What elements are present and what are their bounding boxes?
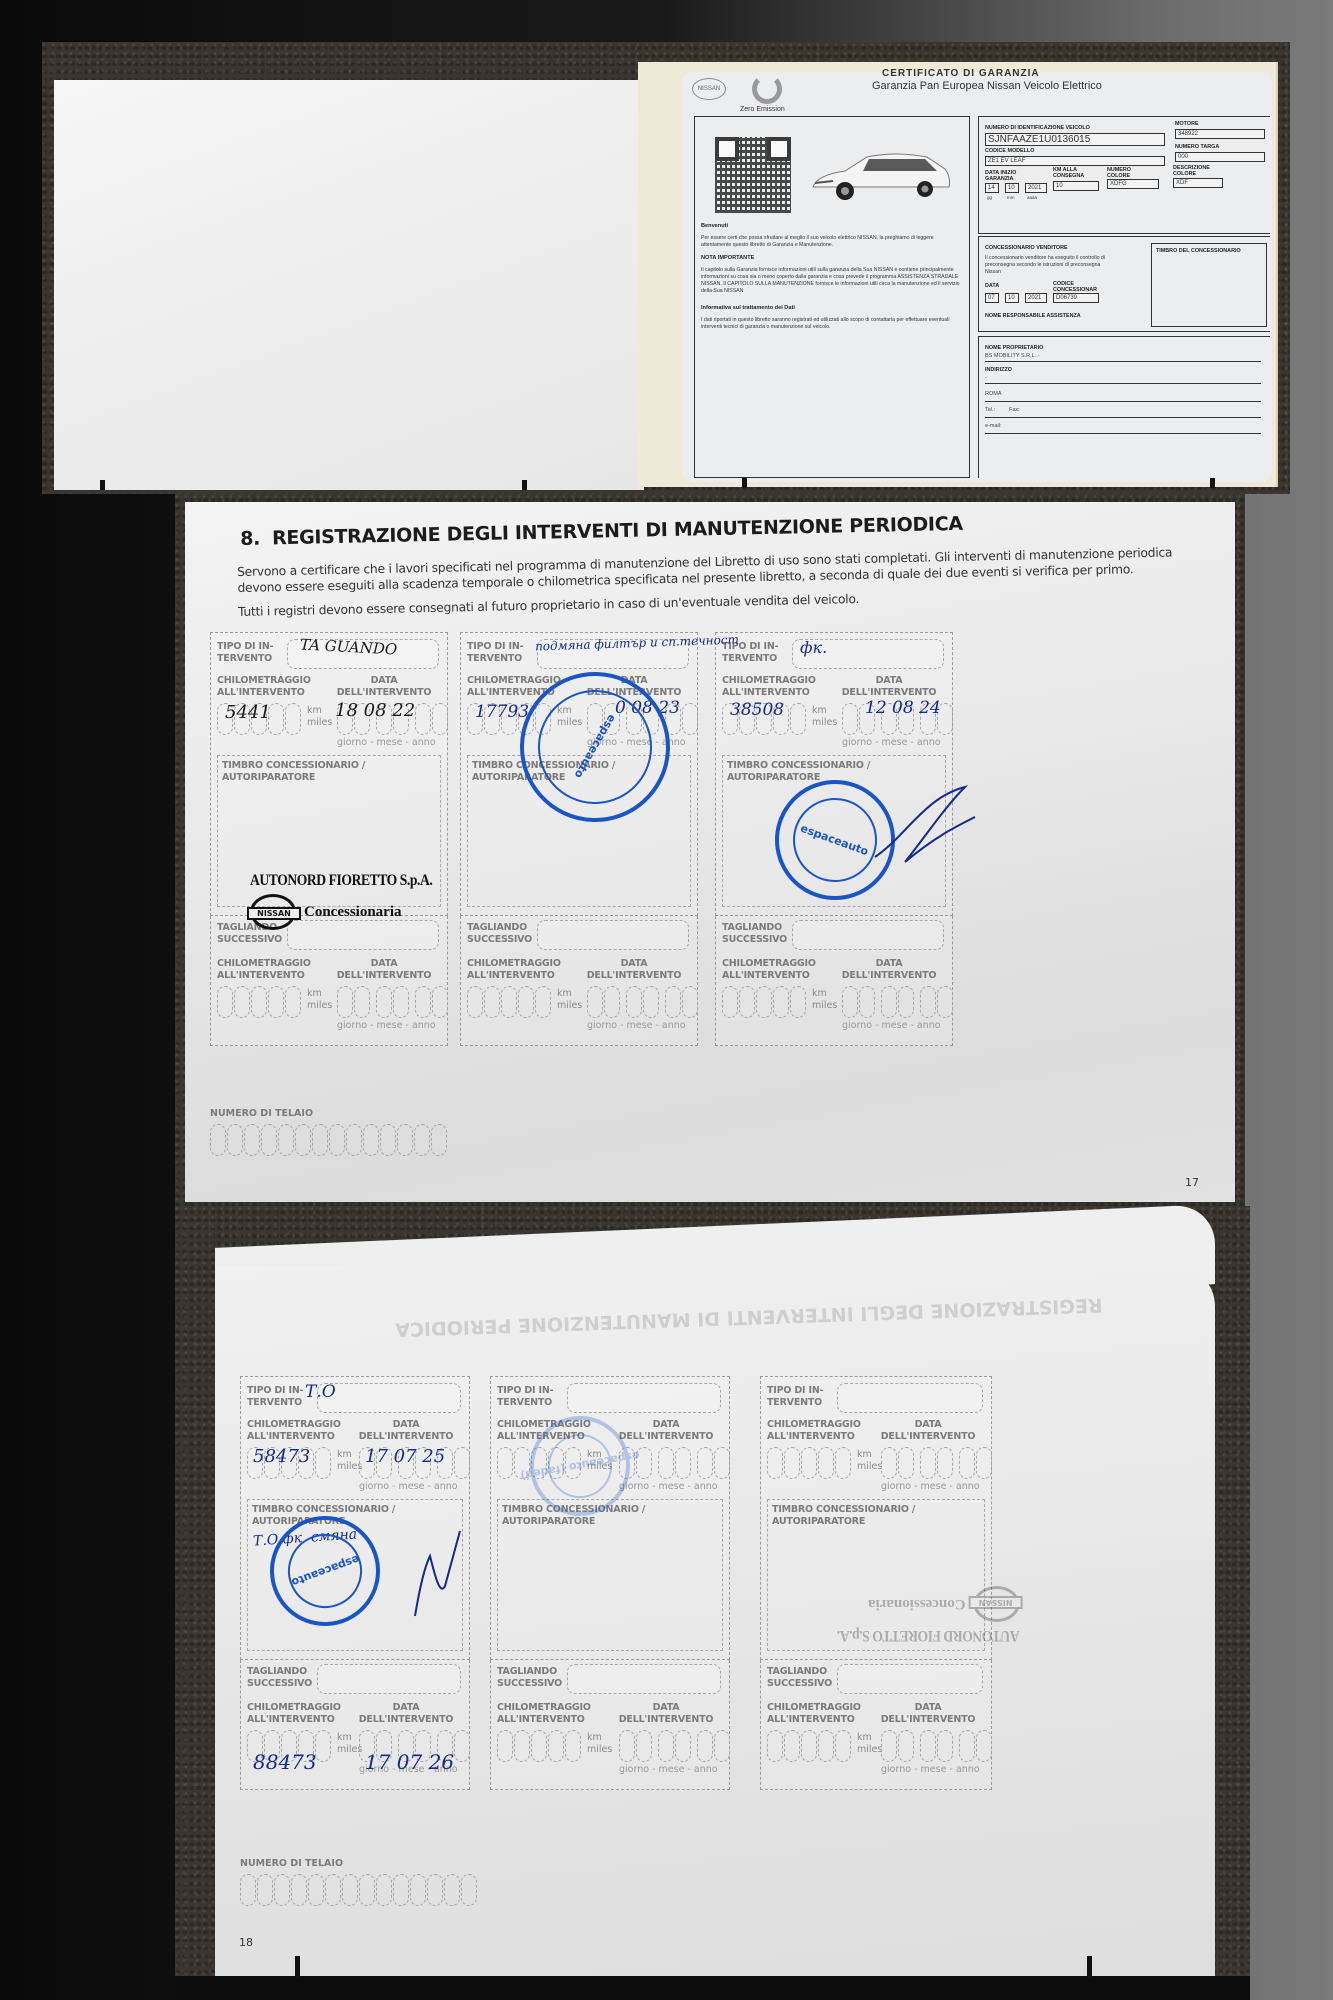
vehicle-info-panel: NUMERO DI IDENTIFICAZIONE VEICOLO SJNFAA… <box>978 116 1270 234</box>
digit-box[interactable] <box>756 986 772 1018</box>
digit-box[interactable] <box>842 703 858 735</box>
digit-box[interactable] <box>665 986 681 1018</box>
divider <box>985 361 1261 362</box>
digit-box[interactable] <box>415 986 431 1018</box>
type-label: TIPO DI IN- TERVENTO <box>497 1385 553 1409</box>
color-desc-label: DESCRIZIONE COLORE <box>1173 165 1223 177</box>
digit-box[interactable] <box>315 1447 331 1479</box>
address-value: - <box>985 375 987 381</box>
certificate-title: CERTIFICATO DI GARANZIA <box>882 68 1040 79</box>
handwritten-entry: 38508 <box>730 700 784 720</box>
date-label: DATA DELL'INTERVENTO <box>873 1419 983 1443</box>
unit-miles: miles <box>307 717 332 729</box>
digit-box[interactable] <box>325 1874 341 1906</box>
unit-km: km <box>557 988 572 1000</box>
digit-box[interactable] <box>835 1730 851 1762</box>
selling-dealer-panel: CONCESSIONARIO VENDITORE Il concessionar… <box>978 236 1270 332</box>
date-label: DATA DELL'INTERVENTO <box>351 1419 461 1443</box>
digit-box[interactable] <box>898 1447 914 1479</box>
dealer-code-label: CODICE CONCESSIONAR <box>1053 281 1107 293</box>
km-field[interactable] <box>467 986 551 1018</box>
fax-label: Fax: <box>1009 407 1020 413</box>
qr-code-icon <box>715 137 791 213</box>
digit-box[interactable] <box>675 1447 691 1479</box>
dealer-date-mm: 10 <box>1005 293 1019 303</box>
next-service-label: TAGLIANDO SUCCESSIVO <box>467 922 532 946</box>
digit-box[interactable] <box>767 1447 783 1479</box>
digit-box[interactable] <box>312 1124 328 1156</box>
date-label: DATA DELL'INTERVENTO <box>579 958 689 982</box>
digit-box[interactable] <box>835 1447 851 1479</box>
digit-box[interactable] <box>976 1730 992 1762</box>
nissan-logo-icon: NISSAN <box>250 894 296 930</box>
yyyy-sub: aaaa <box>1027 195 1037 200</box>
owner-panel: NOME PROPRIETARIO BS MOBILITY S.R.L. - I… <box>978 336 1270 478</box>
km-label: CHILOMETRAGGIO ALL'INTERVENTO <box>722 675 816 699</box>
km-field[interactable] <box>217 986 301 1018</box>
date-format-hint: giorno - mese - anno <box>881 1481 980 1492</box>
digit-box[interactable] <box>427 1874 443 1906</box>
digit-box[interactable] <box>959 1730 975 1762</box>
handwritten-entry: 12 08 24 <box>865 698 941 718</box>
digit-box[interactable] <box>898 1730 914 1762</box>
digit-box[interactable] <box>818 1447 834 1479</box>
digit-box[interactable] <box>739 986 755 1018</box>
chassis-number-label: NUMERO DI TELAIO <box>210 1108 313 1119</box>
stamp-text: espaceauto (faded) <box>519 1449 640 1483</box>
next-service-label: TAGLIANDO SUCCESSIVO <box>247 1666 312 1690</box>
digit-box[interactable] <box>234 986 250 1018</box>
digit-box[interactable] <box>518 986 534 1018</box>
date-format-hint: giorno - mese - anno <box>337 1020 436 1031</box>
divider <box>985 383 1261 384</box>
digit-box[interactable] <box>682 986 698 1018</box>
digit-box[interactable] <box>285 986 301 1018</box>
digit-box[interactable] <box>784 1447 800 1479</box>
digit-box[interactable] <box>431 1124 447 1156</box>
digit-box[interactable] <box>363 1124 379 1156</box>
page-tick <box>1210 478 1215 488</box>
date-label: DATA DELL'INTERVENTO <box>329 675 439 699</box>
date-field[interactable] <box>842 986 953 1018</box>
handwritten-entry: 88473 <box>253 1750 317 1774</box>
date-label: DATA DELL'INTERVENTO <box>873 1702 983 1726</box>
digit-box[interactable] <box>359 1874 375 1906</box>
km-field[interactable] <box>767 1447 851 1479</box>
date-field[interactable] <box>881 1730 992 1762</box>
chassis-number-field[interactable] <box>240 1874 477 1906</box>
dealer-stamp-name: AUTONORD FIORETTO S.p.A. <box>837 1626 1019 1644</box>
digit-box[interactable] <box>291 1874 307 1906</box>
digit-box[interactable] <box>784 1730 800 1762</box>
digit-box[interactable] <box>329 1124 345 1156</box>
digit-box[interactable] <box>619 1730 635 1762</box>
digit-box[interactable] <box>268 986 284 1018</box>
next-service-label: TAGLIANDO SUCCESSIVO <box>767 1666 832 1690</box>
handwritten-entry: Т.О <box>305 1382 336 1402</box>
digit-box[interactable] <box>380 1124 396 1156</box>
digit-box[interactable] <box>397 1124 413 1156</box>
digit-box[interactable] <box>414 1124 430 1156</box>
digit-box[interactable] <box>643 986 659 1018</box>
dealer-stamp-sub: Concessionaria <box>868 1597 966 1613</box>
digit-box[interactable] <box>432 986 448 1018</box>
warranty-booklet-photo: NISSAN Zero Emission CERTIFICATO DI GARA… <box>42 42 1290 494</box>
handwritten-entry: 17 07 26 <box>365 1750 454 1774</box>
type-label: TIPO DI IN- TERVENTO <box>217 641 273 665</box>
digit-box[interactable] <box>432 703 448 735</box>
next-service-card: TAGLIANDO SUCCESSIVO CHILOMETRAGGIO ALL'… <box>715 916 953 1046</box>
note-text: Il capitolo sulla Garanzia fornisce info… <box>701 267 963 295</box>
digit-box[interactable] <box>461 1874 477 1906</box>
digit-box[interactable] <box>285 703 301 735</box>
page-18: REGISTRAZIONE DEGLI INTERVENTI DI MANUTE… <box>215 1266 1215 1986</box>
digit-box[interactable] <box>920 1730 936 1762</box>
digit-box[interactable] <box>920 1447 936 1479</box>
digit-box[interactable] <box>937 1730 953 1762</box>
digit-box[interactable] <box>415 703 431 735</box>
section-number: 8. <box>240 528 260 550</box>
digit-box[interactable] <box>881 1447 897 1479</box>
dealer-date-dd: 07 <box>985 293 999 303</box>
page-number: 17 <box>1185 1176 1199 1189</box>
plate-value: 000 <box>1175 152 1265 162</box>
digit-box[interactable] <box>842 986 858 1018</box>
next-service-field[interactable] <box>792 920 944 950</box>
digit-box[interactable] <box>376 1874 392 1906</box>
date-format-hint: giorno - mese - anno <box>587 1020 686 1031</box>
zero-emission-icon <box>752 74 782 104</box>
type-label: TIPO DI IN- TERVENTO <box>247 1385 303 1409</box>
handwritten-entry: 5441 <box>225 702 271 723</box>
km-label: CHILOMETRAGGIO ALL'INTERVENTO <box>217 958 311 982</box>
digit-box[interactable] <box>636 1730 652 1762</box>
digit-box[interactable] <box>315 1730 331 1762</box>
digit-box[interactable] <box>697 1447 713 1479</box>
maintenance-entry-card: TIPO DI IN- TERVENTO CHILOMETRAGGIO ALL'… <box>490 1376 730 1660</box>
digit-box[interactable] <box>898 986 914 1018</box>
digit-box[interactable] <box>801 1730 817 1762</box>
unit-km: km <box>857 1449 872 1461</box>
next-service-field[interactable] <box>837 1664 983 1694</box>
digit-box[interactable] <box>604 986 620 1018</box>
digit-box[interactable] <box>920 986 936 1018</box>
signature <box>405 1526 465 1626</box>
certificate-subtitle: Garanzia Pan Europea Nissan Veicolo Elet… <box>872 80 1102 92</box>
date-label: DATA DELL'INTERVENTO <box>834 958 944 982</box>
tel-label: Tel.: <box>985 407 995 413</box>
date-format-hint: giorno - mese - anno <box>842 1020 941 1031</box>
handwritten-entry: фк. <box>800 638 827 657</box>
digit-box[interactable] <box>454 1730 470 1762</box>
digit-box[interactable] <box>251 986 267 1018</box>
digit-box[interactable] <box>714 1730 730 1762</box>
divider <box>985 401 1261 402</box>
page-number: 18 <box>239 1936 253 1949</box>
unit-miles: miles <box>812 717 837 729</box>
date-format-hint: giorno - mese - anno <box>842 737 941 748</box>
stamp-text: espaceauto <box>289 1553 361 1590</box>
next-service-field[interactable] <box>567 1664 721 1694</box>
km-label: CHILOMETRAGGIO ALL'INTERVENTO <box>247 1702 341 1726</box>
km-label: CHILOMETRAGGIO ALL'INTERVENTO <box>722 958 816 982</box>
owner-label: NOME PROPRIETARIO <box>985 345 1043 351</box>
mm-sub: mm <box>1007 195 1015 200</box>
unit-miles: miles <box>857 1461 882 1473</box>
warranty-certificate: NISSAN Zero Emission CERTIFICATO DI GARA… <box>682 72 1272 482</box>
maintenance-page-18-photo: REGISTRAZIONE DEGLI INTERVENTI DI MANUTE… <box>175 1206 1250 2000</box>
section-heading: 8.REGISTRAZIONE DEGLI INTERVENTI DI MANU… <box>240 513 963 550</box>
digit-box[interactable] <box>859 986 875 1018</box>
digit-box[interactable] <box>626 986 642 1018</box>
digit-box[interactable] <box>501 986 517 1018</box>
digit-box[interactable] <box>514 1730 530 1762</box>
unit-km: km <box>857 1732 872 1744</box>
chassis-number-field[interactable] <box>210 1124 447 1156</box>
ze-label: Zero Emission <box>740 106 785 113</box>
warranty-start-mm: 10 <box>1005 183 1019 193</box>
digit-box[interactable] <box>240 1874 256 1906</box>
digit-box[interactable] <box>444 1874 460 1906</box>
divider <box>985 417 1261 418</box>
unit-miles: miles <box>557 1000 582 1012</box>
km-field[interactable] <box>767 1730 851 1762</box>
type-field[interactable] <box>837 1383 983 1413</box>
km-label: CHILOMETRAGGIO ALL'INTERVENTO <box>467 958 561 982</box>
dd-sub: gg <box>987 195 992 200</box>
digit-box[interactable] <box>658 1447 674 1479</box>
digit-box[interactable] <box>767 1730 783 1762</box>
page-tick <box>742 478 747 488</box>
digit-box[interactable] <box>675 1730 691 1762</box>
digit-box[interactable] <box>393 1874 409 1906</box>
km-label: CHILOMETRAGGIO ALL'INTERVENTO <box>247 1419 341 1443</box>
digit-box[interactable] <box>658 1730 674 1762</box>
digit-box[interactable] <box>227 1124 243 1156</box>
privacy-text: I dati riportati in questo libretto sara… <box>701 317 963 331</box>
date-label: DATA DELL'INTERVENTO <box>611 1419 721 1443</box>
page-tick <box>1087 1956 1092 1978</box>
type-field[interactable] <box>567 1383 721 1413</box>
section-title: REGISTRAZIONE DEGLI INTERVENTI DI MANUTE… <box>272 513 963 549</box>
digit-box[interactable] <box>354 986 370 1018</box>
next-service-field[interactable] <box>537 920 689 950</box>
dealer-title: CONCESSIONARIO VENDITORE <box>985 245 1068 251</box>
digit-box[interactable] <box>346 1124 362 1156</box>
unit-km: km <box>812 705 827 717</box>
vin-value: SJNFAAZE1U0136015 <box>985 133 1165 146</box>
type-label: TIPO DI IN- TERVENTO <box>767 1385 823 1409</box>
nissan-logo-icon: NISSAN <box>974 1586 1020 1622</box>
km-label: CHILOMETRAGGIO ALL'INTERVENTO <box>767 1419 861 1443</box>
digit-box[interactable] <box>976 1447 992 1479</box>
digit-box[interactable] <box>484 986 500 1018</box>
nissan-logo-icon: NISSAN <box>692 78 726 100</box>
unit-km: km <box>307 988 322 1000</box>
km-delivery-label: KM ALLA CONSEGNA <box>1053 167 1093 179</box>
type-field[interactable] <box>317 1383 461 1413</box>
digit-box[interactable] <box>801 1447 817 1479</box>
dealer-stamp: AUTONORD FIORETTO S.p.A.NISSANConcession… <box>250 872 465 930</box>
digit-box[interactable] <box>722 986 738 1018</box>
handwritten-entry: 18 08 22 <box>335 700 415 721</box>
stamp-label: TIMBRO CONCESSIONARIO / AUTORIPARATORE <box>772 1504 915 1528</box>
km-field[interactable] <box>497 1730 581 1762</box>
digit-box[interactable] <box>587 986 603 1018</box>
blank-left-page <box>54 80 644 490</box>
digit-box[interactable] <box>714 1447 730 1479</box>
color-desc-value: XDF <box>1173 178 1223 188</box>
next-service-card: TAGLIANDO SUCCESSIVO CHILOMETRAGGIO ALL'… <box>760 1660 992 1790</box>
maintenance-page-17-photo: 8.REGISTRAZIONE DEGLI INTERVENTI DI MANU… <box>175 494 1245 1206</box>
digit-box[interactable] <box>210 1124 226 1156</box>
show-through-heading: REGISTRAZIONE DEGLI INTERVENTI DI MANUTE… <box>395 1294 1103 1341</box>
digit-box[interactable] <box>393 986 409 1018</box>
unit-miles: miles <box>857 1744 882 1756</box>
digit-box[interactable] <box>376 986 392 1018</box>
unit-km: km <box>337 1732 352 1744</box>
dealer-date-label: DATA <box>985 283 999 289</box>
digit-box[interactable] <box>697 1730 713 1762</box>
divider <box>985 433 1261 434</box>
unit-km: km <box>587 1732 602 1744</box>
digit-box[interactable] <box>881 1730 897 1762</box>
digit-box[interactable] <box>531 1730 547 1762</box>
unit-miles: miles <box>812 1000 837 1012</box>
nissan-logo-text: NISSAN <box>247 907 301 920</box>
stamp-zone: TIMBRO CONCESSIONARIO / AUTORIPARATORE <box>497 1499 723 1651</box>
digit-box[interactable] <box>565 1730 581 1762</box>
dark-edge <box>175 1976 1250 2000</box>
stamp-text: espaceauto <box>572 713 619 781</box>
note-title: NOTA IMPORTANTE <box>701 255 754 261</box>
km-delivery-value: 10 <box>1053 181 1099 191</box>
digit-box[interactable] <box>881 986 897 1018</box>
date-label: DATA DELL'INTERVENTO <box>351 1702 461 1726</box>
date-format-hint: giorno - mese - anno <box>881 1764 980 1775</box>
service-manager-label: NOME RESPONSABILE ASSISTENZA <box>985 313 1081 319</box>
color-number-label: NUMERO COLORE <box>1107 167 1147 179</box>
mirrored-dealer-stamp: AUTONORD FIORETTO S.p.A.NISSANConcession… <box>805 1586 1020 1644</box>
digit-box[interactable] <box>217 986 233 1018</box>
city-value: ROMA <box>985 391 1002 397</box>
next-service-card: TAGLIANDO SUCCESSIVO CHILOMETRAGGIO ALL'… <box>460 916 698 1046</box>
page-tick <box>295 1956 300 1978</box>
digit-box[interactable] <box>818 1730 834 1762</box>
unit-miles: miles <box>587 1744 612 1756</box>
chassis-number-label: NUMERO DI TELAIO <box>240 1858 343 1869</box>
plate-label: NUMERO TARGA <box>1175 144 1219 150</box>
warranty-start-dd: 14 <box>985 183 999 193</box>
dealer-stamp-label: TIMBRO DEL CONCESSIONARIO <box>1156 248 1241 254</box>
nissan-logo-text: NISSAN <box>969 1596 1023 1609</box>
digit-box[interactable] <box>773 986 789 1018</box>
date-field[interactable] <box>337 986 448 1018</box>
next-service-card: TAGLIANDO SUCCESSIVO CHILOMETRAGGIO ALL'… <box>210 916 448 1046</box>
model-code-label: CODICE MODELLO <box>985 148 1034 154</box>
unit-km: km <box>307 705 322 717</box>
digit-box[interactable] <box>467 986 483 1018</box>
next-service-card: TAGLIANDO SUCCESSIVO CHILOMETRAGGIO ALL'… <box>490 1660 730 1790</box>
info-panel: Benvenuti Per essere certi che possa sfr… <box>694 116 970 478</box>
dealer-text: Il concessionario venditore ha eseguito … <box>985 255 1105 276</box>
dealer-code-value: D06739 <box>1053 293 1099 303</box>
dealer-date-yyyy: 2021 <box>1025 293 1047 303</box>
color-number-value: XDFG <box>1107 179 1159 189</box>
handwritten-entry: 17793 <box>475 702 529 722</box>
digit-box[interactable] <box>790 703 806 735</box>
digit-box[interactable] <box>257 1874 273 1906</box>
digit-box[interactable] <box>682 703 698 735</box>
date-format-hint: giorno - mese - anno <box>337 737 436 748</box>
vin-label: NUMERO DI IDENTIFICAZIONE VEICOLO <box>985 125 1090 131</box>
digit-box[interactable] <box>790 986 806 1018</box>
next-service-label: TAGLIANDO SUCCESSIVO <box>722 922 787 946</box>
handwritten-entry: 58473 <box>253 1446 310 1467</box>
date-field[interactable] <box>619 1730 730 1762</box>
page-17: 8.REGISTRAZIONE DEGLI INTERVENTI DI MANU… <box>185 502 1235 1202</box>
digit-box[interactable] <box>497 1730 513 1762</box>
digit-box[interactable] <box>295 1124 311 1156</box>
intro-text: Servono a certificare che i lavori speci… <box>237 544 1198 620</box>
date-format-hint: giorno - mese - anno <box>619 1764 718 1775</box>
date-format-hint: giorno - mese - anno <box>619 1481 718 1492</box>
km-label: CHILOMETRAGGIO ALL'INTERVENTO <box>217 675 311 699</box>
digit-box[interactable] <box>261 1124 277 1156</box>
unit-miles: miles <box>307 1000 332 1012</box>
digit-box[interactable] <box>337 986 353 1018</box>
digit-box[interactable] <box>535 986 551 1018</box>
warranty-start-label: DATA INIZIO GARANZIA <box>985 170 1025 182</box>
digit-box[interactable] <box>410 1874 426 1906</box>
date-format-hint: giorno - mese - anno <box>359 1481 458 1492</box>
signature <box>865 777 985 877</box>
welcome-title: Benvenuti <box>701 223 728 229</box>
digit-box[interactable] <box>497 1447 513 1479</box>
digit-box[interactable] <box>244 1124 260 1156</box>
date-field[interactable] <box>881 1447 992 1479</box>
email-label: e-mail: <box>985 423 1002 429</box>
digit-box[interactable] <box>278 1124 294 1156</box>
stamp-text: espaceauto <box>799 822 871 859</box>
digit-box[interactable] <box>454 1447 470 1479</box>
stamp-label: TIMBRO CONCESSIONARIO / AUTORIPARATORE <box>222 760 365 784</box>
date-label: DATA DELL'INTERVENTO <box>329 958 439 982</box>
digit-box[interactable] <box>959 1447 975 1479</box>
owner-value: BS MOBILITY S.R.L. - <box>985 353 1040 359</box>
km-label: CHILOMETRAGGIO ALL'INTERVENTO <box>767 1702 861 1726</box>
digit-box[interactable] <box>937 1447 953 1479</box>
km-label: CHILOMETRAGGIO ALL'INTERVENTO <box>497 1702 591 1726</box>
date-field[interactable] <box>587 986 698 1018</box>
next-service-label: TAGLIANDO SUCCESSIVO <box>497 1666 562 1690</box>
date-label: DATA DELL'INTERVENTO <box>834 675 944 699</box>
digit-box[interactable] <box>308 1874 324 1906</box>
digit-box[interactable] <box>937 986 953 1018</box>
next-service-field[interactable] <box>317 1664 461 1694</box>
dealer-stamp-sub: Concessionaria <box>304 904 402 920</box>
page-tick <box>522 480 527 490</box>
digit-box[interactable] <box>342 1874 358 1906</box>
date-label: DATA DELL'INTERVENTO <box>611 1702 721 1726</box>
nissan-leaf-car-icon <box>805 147 955 207</box>
km-field[interactable] <box>722 986 806 1018</box>
warranty-start-yyyy: 2021 <box>1025 183 1047 193</box>
motor-value: 348922 <box>1175 129 1265 139</box>
digit-box[interactable] <box>274 1874 290 1906</box>
page-tick <box>100 480 105 490</box>
digit-box[interactable] <box>548 1730 564 1762</box>
